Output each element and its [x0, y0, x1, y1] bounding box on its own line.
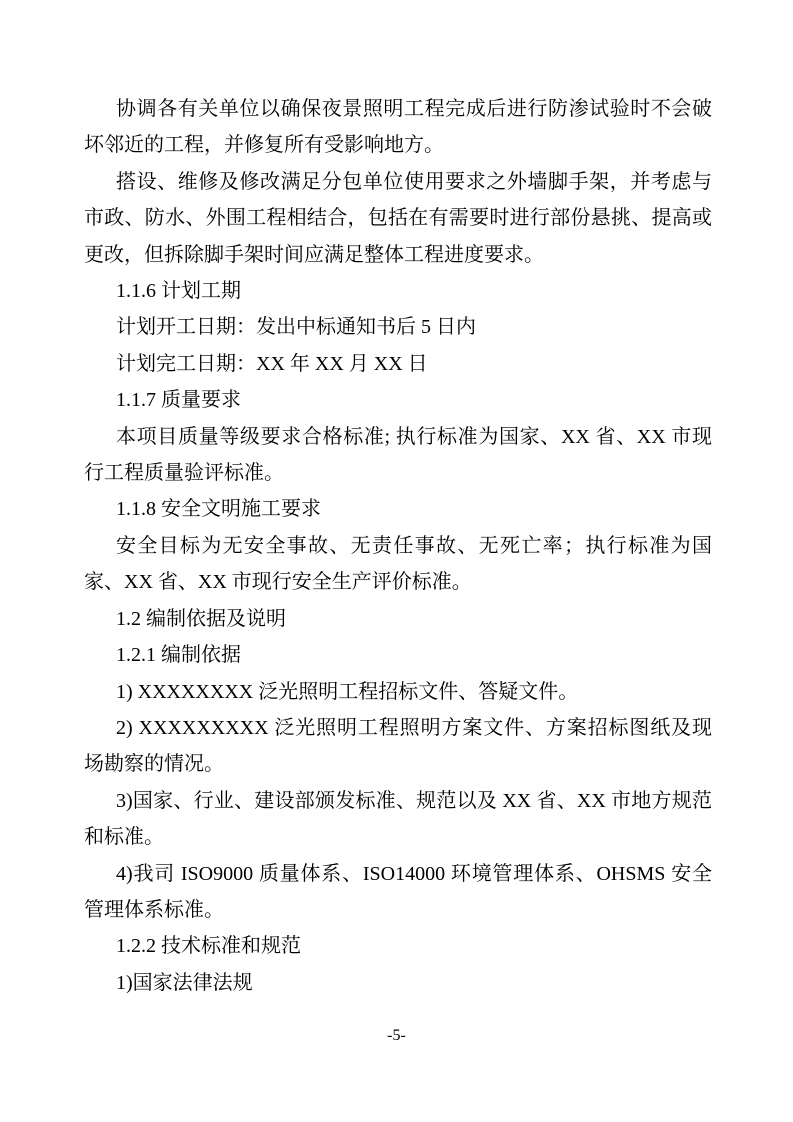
document-content: 协调各有关单位以确保夜景照明工程完成后进行防渗试验时不会破坏邻近的工程，并修复所…: [84, 91, 712, 1001]
list-item: 2) XXXXXXXXX 泛光照明工程照明方案文件、方案招标图纸及现场勘察的情况…: [84, 710, 712, 783]
paragraph: 计划开工日期：发出中标通知书后 5 日内: [84, 309, 712, 345]
paragraph: 本项目质量等级要求合格标准; 执行标准为国家、XX 省、XX 市现行工程质量验评…: [84, 419, 712, 492]
list-item: 1) XXXXXXXX 泛光照明工程招标文件、答疑文件。: [84, 674, 712, 710]
paragraph: 安全目标为无安全事故、无责任事故、无死亡率；执行标准为国家、XX 省、XX 市现…: [84, 528, 712, 601]
section-heading: 1.2.1 编制依据: [84, 637, 712, 673]
list-item: 3)国家、行业、建设部颁发标准、规范以及 XX 省、XX 市地方规范和标准。: [84, 783, 712, 856]
paragraph: 计划完工日期：XX 年 XX 月 XX 日: [84, 346, 712, 382]
paragraph: 搭设、维修及修改满足分包单位使用要求之外墙脚手架，并考虑与市政、防水、外围工程相…: [84, 164, 712, 273]
section-heading: 1.2 编制依据及说明: [84, 601, 712, 637]
section-heading: 1.2.2 技术标准和规范: [84, 928, 712, 964]
section-heading: 1.1.7 质量要求: [84, 382, 712, 418]
list-item: 1)国家法律法规: [84, 965, 712, 1001]
list-item: 4)我司 ISO9000 质量体系、ISO14000 环境管理体系、OHSMS …: [84, 856, 712, 929]
page-number-footer: -5-: [0, 1026, 793, 1046]
document-page: 协调各有关单位以确保夜景照明工程完成后进行防渗试验时不会破坏邻近的工程，并修复所…: [0, 0, 793, 1122]
section-heading: 1.1.6 计划工期: [84, 273, 712, 309]
section-heading: 1.1.8 安全文明施工要求: [84, 491, 712, 527]
paragraph: 协调各有关单位以确保夜景照明工程完成后进行防渗试验时不会破坏邻近的工程，并修复所…: [84, 91, 712, 164]
